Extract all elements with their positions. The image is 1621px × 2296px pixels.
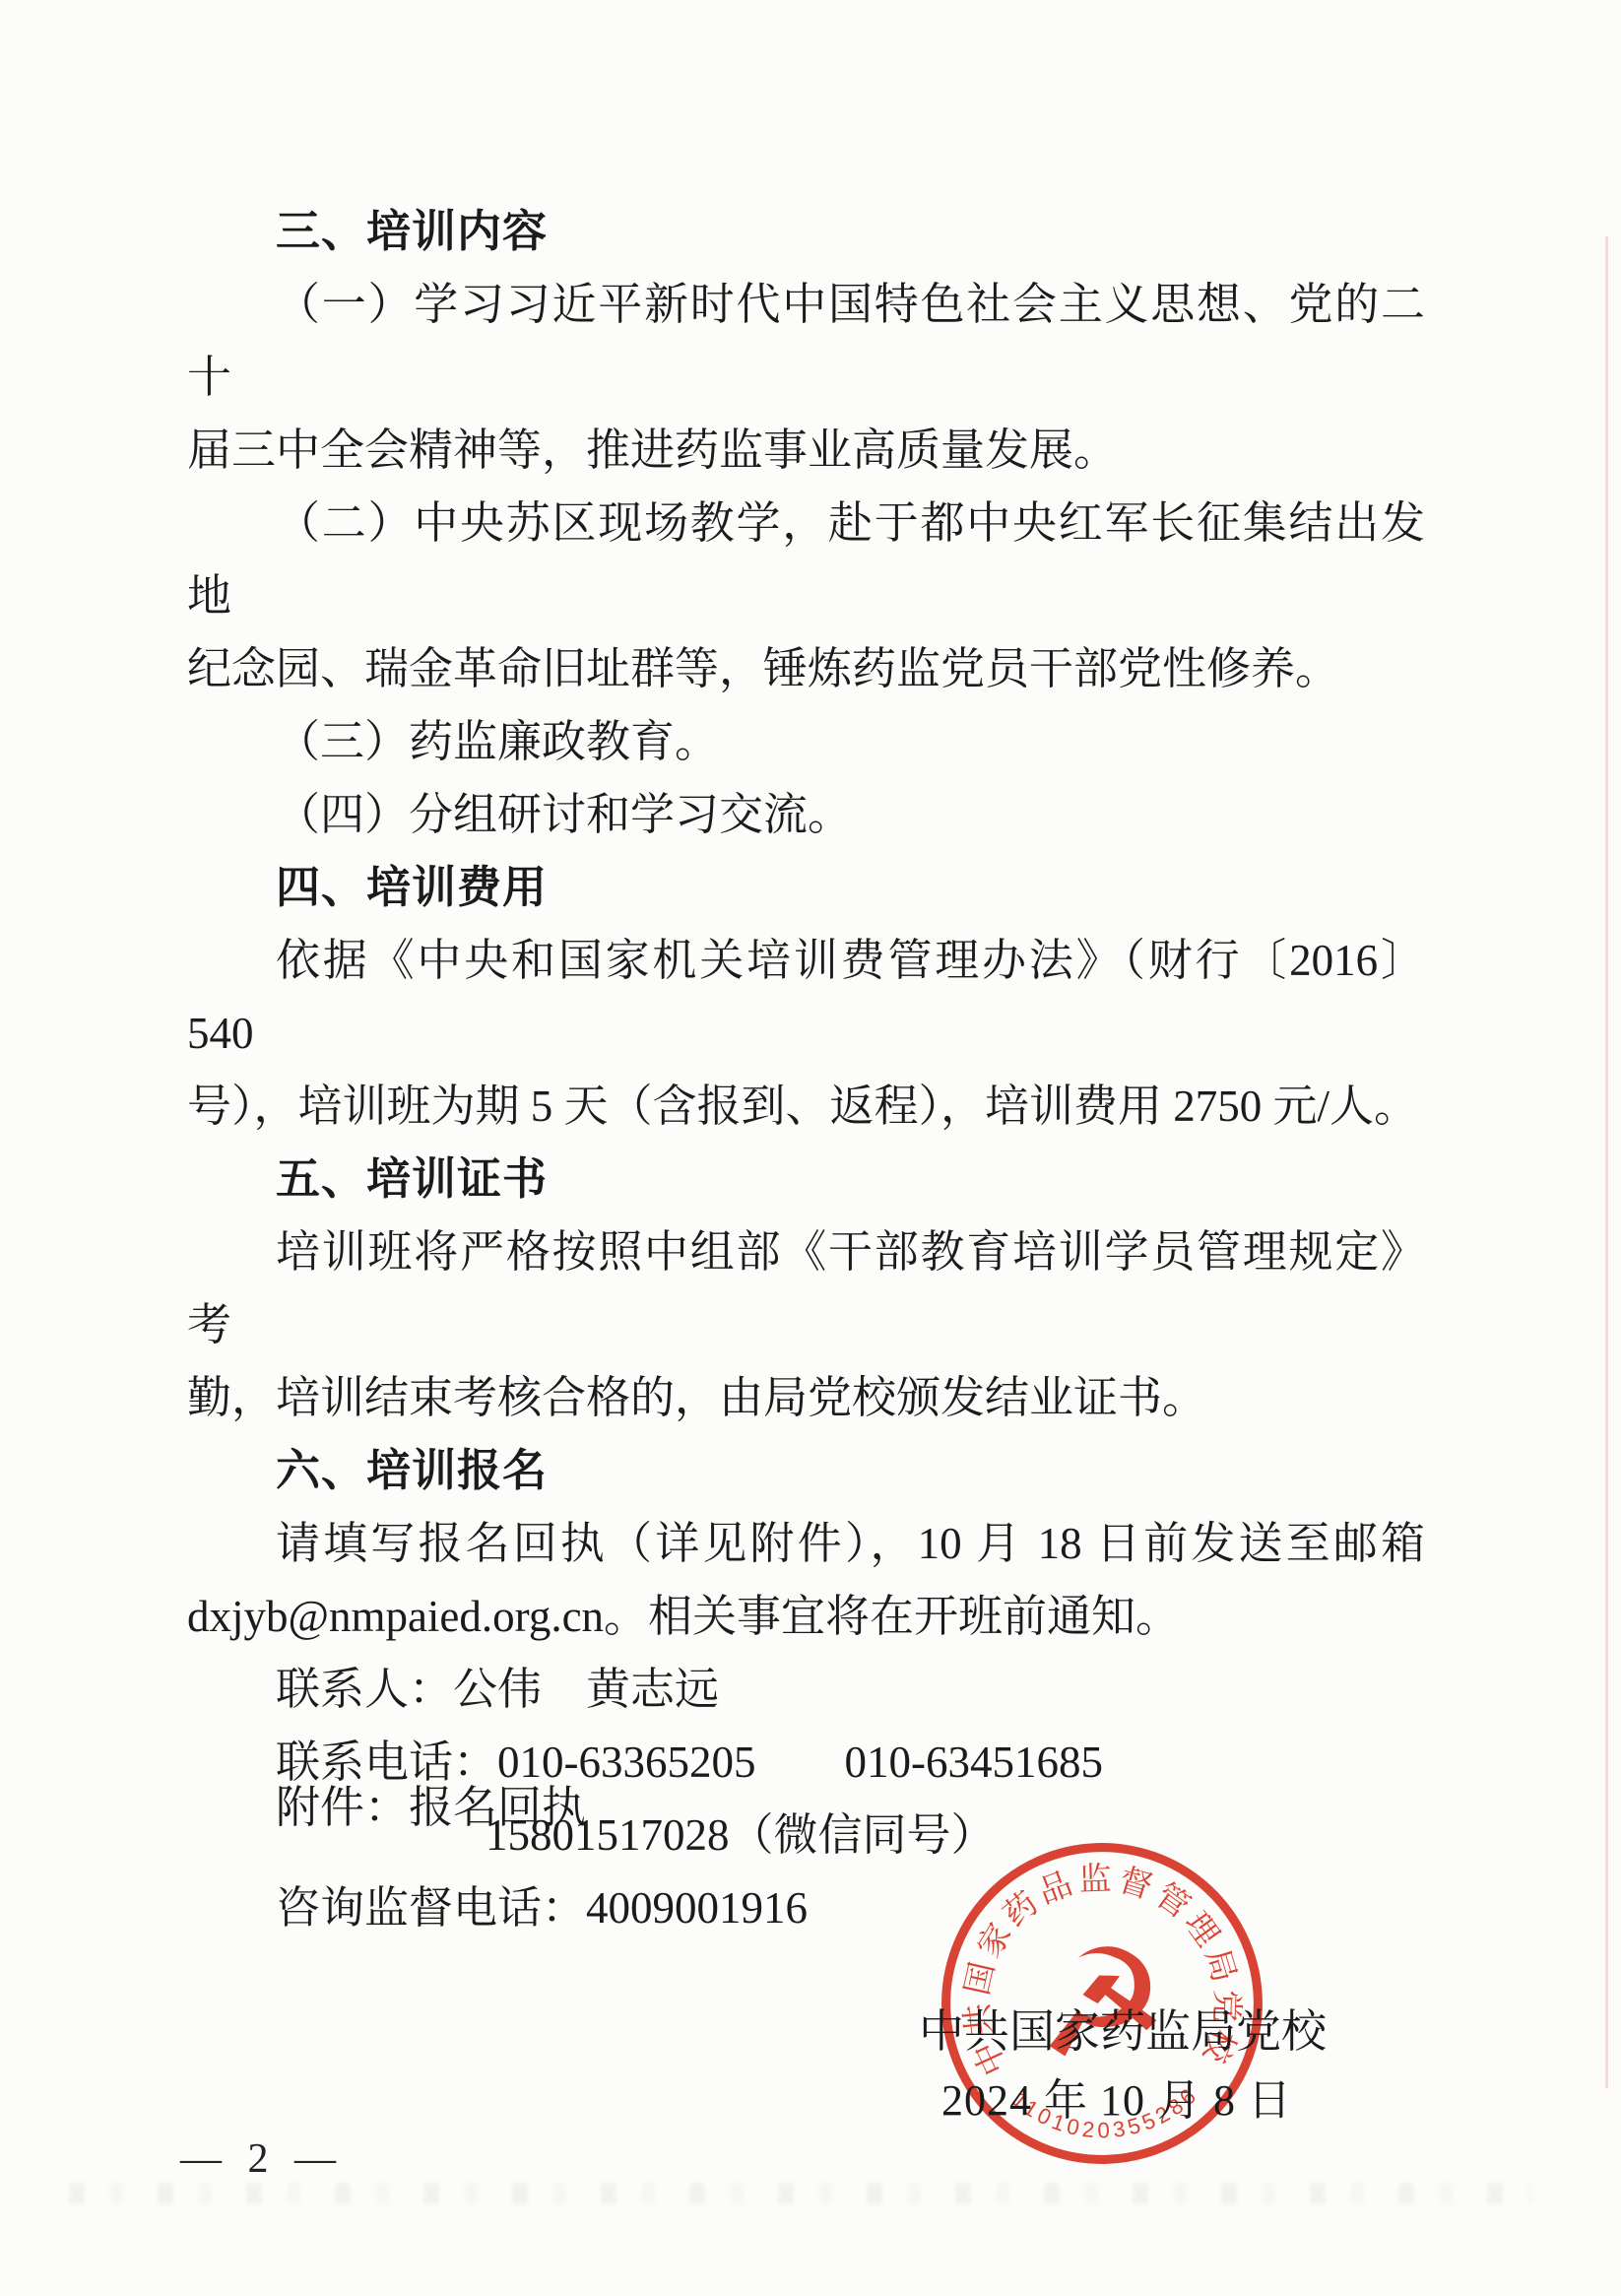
body-text-line: （二）中央苏区现场教学，赴于都中央红军长征集结出发地 <box>187 487 1425 632</box>
page-number: — 2 — <box>180 2135 344 2183</box>
body-text-line: 届三中全会精神等，推进药监事业高质量发展。 <box>187 414 1425 487</box>
body-text-line: 勤，培训结束考核合格的，由局党校颁发结业证书。 <box>187 1361 1425 1434</box>
body-text-line: 请填写报名回执（详见附件），10 月 18 日前发送至邮箱 <box>187 1507 1425 1580</box>
document-page: 三、培训内容 （一）学习习近平新时代中国特色社会主义思想、党的二十 届三中全会精… <box>0 0 1621 2296</box>
section-heading-training-registration: 六、培训报名 <box>187 1434 1425 1507</box>
document-body: 三、培训内容 （一）学习习近平新时代中国特色社会主义思想、党的二十 届三中全会精… <box>187 195 1425 1944</box>
section-heading-training-fee: 四、培训费用 <box>187 851 1425 924</box>
body-text-line: （四）分组研讨和学习交流。 <box>187 778 1425 851</box>
scan-noise-artifact <box>69 2183 1532 2204</box>
body-text-line: 纪念园、瑞金革命旧址群等，锤炼药监党员干部党性修养。 <box>187 632 1425 705</box>
body-text-line: 培训班将严格按照中组部《干部教育培训学员管理规定》考 <box>187 1215 1425 1361</box>
attachment-line: 附件：报名回执 <box>276 1771 586 1844</box>
body-text-line: 号），培训班为期 5 天（含报到、返程），培训费用 2750 元/人。 <box>187 1070 1425 1143</box>
section-heading-training-certificate: 五、培训证书 <box>187 1143 1425 1215</box>
contact-person-line: 联系人：公伟 黄志远 <box>187 1653 1425 1726</box>
body-text-line-email: dxjyb@nmpaied.org.cn。相关事宜将在开班前通知。 <box>187 1580 1425 1653</box>
signature-organization: 中共国家药监局党校 <box>919 1996 1327 2061</box>
body-text-line: 依据《中央和国家机关培训费管理办法》（财行〔2016〕540 <box>187 924 1425 1070</box>
signature-date: 2024 年 10 月 8 日 <box>941 2065 1292 2128</box>
scan-edge-artifact <box>1605 236 1608 2088</box>
body-text-line: （三）药监廉政教育。 <box>187 705 1425 778</box>
section-heading-training-content: 三、培训内容 <box>187 195 1425 268</box>
body-text-line: （一）学习习近平新时代中国特色社会主义思想、党的二十 <box>187 268 1425 414</box>
